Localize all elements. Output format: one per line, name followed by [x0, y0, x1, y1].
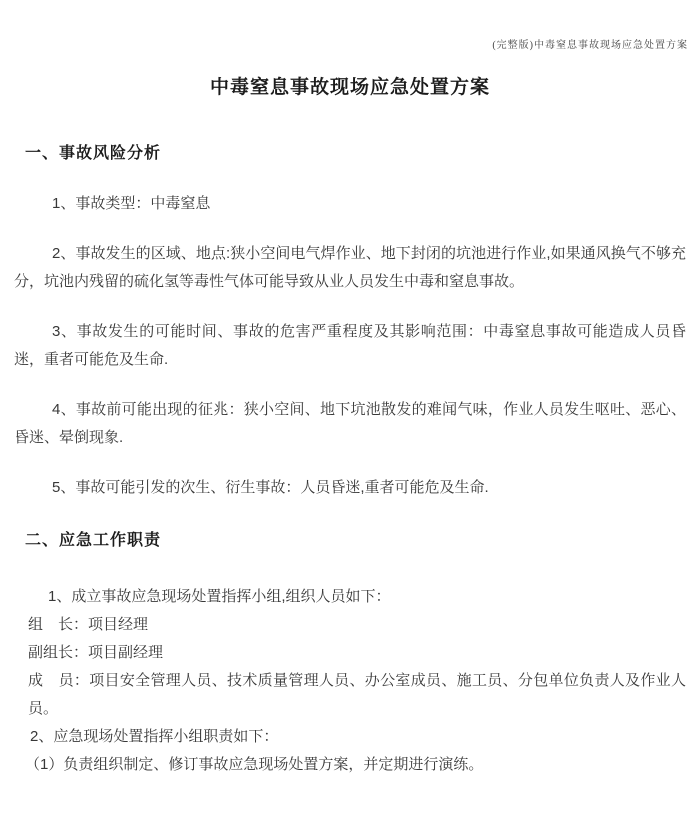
section-1-paragraph-5: 5、事故可能引发的次生、衍生事故：人员昏迷,重者可能危及生命.: [14, 474, 686, 502]
section-2-line-members: 成 员：项目安全管理人员、技术质量管理人员、办公室成员、施工员、分包单位负责人及…: [28, 667, 686, 723]
section-2-heading: 二、应急工作职责: [25, 530, 700, 551]
section-2-line-deputy-leader: 副组长：项目副经理: [28, 639, 686, 667]
section-1-paragraph-2: 2、事故发生的区域、地点:狭小空间电气焊作业、地下封闭的坑池进行作业,如果通风换…: [14, 240, 686, 296]
page-header-text: (完整版)中毒窒息事故现场应急处置方案: [0, 0, 700, 51]
section-2-line-1: 1、成立事故应急现场处置指挥小组,组织人员如下：: [28, 583, 686, 611]
section-1-paragraph-4: 4、事故前可能出现的征兆：狭小空间、地下坑池散发的难闻气味，作业人员发生呕吐、恶…: [14, 396, 686, 452]
section-1-paragraph-1: 1、事故类型：中毒窒息: [14, 190, 686, 218]
section-2-line-2: 2、应急现场处置指挥小组职责如下：: [30, 723, 686, 751]
document-title: 中毒窒息事故现场应急处置方案: [0, 75, 700, 101]
section-2-line-item-1: （1）负责组织制定、修订事故应急现场处置方案，并定期进行演练。: [25, 751, 686, 779]
section-1-paragraph-3: 3、事故发生的可能时间、事故的危害严重程度及其影响范围：中毒窒息事故可能造成人员…: [14, 318, 686, 374]
section-2-line-leader: 组 长：项目经理: [28, 611, 686, 639]
section-1-heading: 一、事故风险分析: [25, 143, 700, 164]
document-page: (完整版)中毒窒息事故现场应急处置方案 中毒窒息事故现场应急处置方案 一、事故风…: [0, 0, 700, 831]
